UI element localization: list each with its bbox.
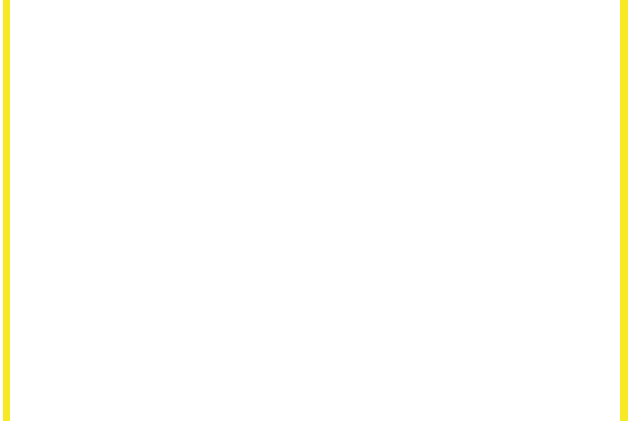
article-body [0, 0, 640, 11]
left-highlight-bar [3, 0, 10, 421]
right-highlight-bar [620, 0, 628, 421]
